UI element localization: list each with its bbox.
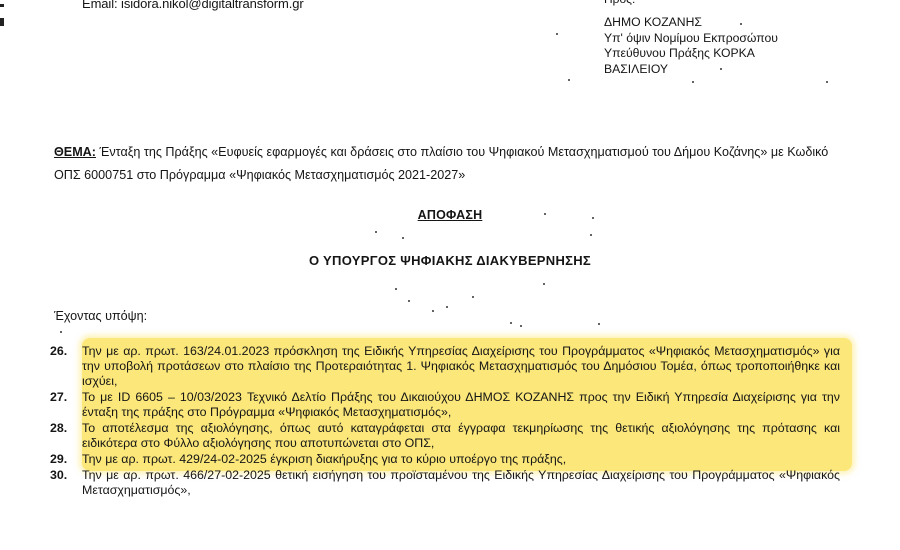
list-item: 28. Το αποτέλεσμα της αξιολόγησης, όπως … xyxy=(50,421,840,451)
recipient-line: Υπεύθυνου Πράξης ΚΟΡΚΑ xyxy=(604,46,778,62)
scan-speckle xyxy=(598,323,600,325)
recipient-block: ΔΗΜΟ ΚΟΖΑΝΗΣ Υπ' όψιν Νομίμου Εκπροσώπου… xyxy=(604,15,778,77)
document-page: Email: isidora.nikol@digitaltransform.gr… xyxy=(0,0,900,550)
item-text: Το αποτέλεσμα της αξιολόγησης, όπως αυτό… xyxy=(82,421,840,451)
scan-speckle xyxy=(543,283,545,285)
scan-speckle xyxy=(520,325,522,327)
scan-speckle xyxy=(720,68,722,70)
scan-speckle xyxy=(590,234,592,236)
list-item: 30. Την με αρ. πρωτ. 466/27-02-2025 θετι… xyxy=(50,468,840,498)
subject-label: ΘΕΜΑ: xyxy=(54,145,96,159)
sender-email: Email: isidora.nikol@digitaltransform.gr xyxy=(82,0,304,11)
recipient-line: ΒΑΣΙΛΕΙΟΥ xyxy=(604,62,778,78)
scan-speckle xyxy=(556,33,558,35)
scan-speckle xyxy=(544,213,546,215)
list-item: 29. Την με αρ. πρωτ. 429/24-02-2025 έγκρ… xyxy=(50,452,840,467)
decision-heading: ΑΠΟΦΑΣΗ xyxy=(0,208,900,222)
considerations-list: 26. Την με αρ. πρωτ. 163/24.01.2023 πρόσ… xyxy=(50,344,840,499)
scan-speckle xyxy=(740,23,742,25)
item-text: Την με αρ. πρωτ. 429/24-02-2025 έγκριση … xyxy=(82,452,840,467)
item-number: 27. xyxy=(50,390,82,420)
scan-speckle xyxy=(826,81,828,83)
item-text: Την με αρ. πρωτ. 466/27-02-2025 θετική ε… xyxy=(82,468,840,498)
item-number: 26. xyxy=(50,344,82,389)
scan-speckle xyxy=(375,231,377,233)
minister-heading: Ο ΥΠΟΥΡΓΟΣ ΨΗΦΙΑΚΗΣ ΔΙΑΚΥΒΕΡΝΗΣΗΣ xyxy=(0,253,900,268)
scan-speckle xyxy=(472,296,474,298)
to-label: Προς: xyxy=(604,0,635,6)
scan-speckle xyxy=(432,310,434,312)
scan-speckle xyxy=(395,288,397,290)
list-item: 27. Το με ID 6605 – 10/03/2023 Τεχνικό Δ… xyxy=(50,390,840,420)
recipient-line: Υπ' όψιν Νομίμου Εκπροσώπου xyxy=(604,31,778,47)
recipient-line: ΔΗΜΟ ΚΟΖΑΝΗΣ xyxy=(604,15,778,31)
scan-speckle xyxy=(402,237,404,239)
scan-speckle xyxy=(446,306,448,308)
scan-speckle xyxy=(60,331,62,333)
subject-line: ΘΕΜΑ: Ένταξη της Πράξης «Ευφυείς εφαρμογ… xyxy=(54,141,854,187)
item-text: Το με ID 6605 – 10/03/2023 Τεχνικό Δελτί… xyxy=(82,390,840,420)
scan-speckle xyxy=(510,322,512,324)
list-item: 26. Την με αρ. πρωτ. 163/24.01.2023 πρόσ… xyxy=(50,344,840,389)
scan-speckle xyxy=(568,79,570,81)
subject-text: Ένταξη της Πράξης «Ευφυείς εφαρμογές και… xyxy=(54,145,828,182)
scan-speckle xyxy=(592,217,594,219)
scan-edge-mark xyxy=(0,18,4,26)
scan-edge-mark xyxy=(0,4,4,7)
scan-speckle xyxy=(692,81,694,83)
scan-speckle xyxy=(408,300,410,302)
item-text: Την με αρ. πρωτ. 163/24.01.2023 πρόσκλησ… xyxy=(82,344,840,389)
item-number: 28. xyxy=(50,421,82,451)
considering-label: Έχοντας υπόψη: xyxy=(54,309,147,323)
item-number: 29. xyxy=(50,452,82,467)
item-number: 30. xyxy=(50,468,82,498)
